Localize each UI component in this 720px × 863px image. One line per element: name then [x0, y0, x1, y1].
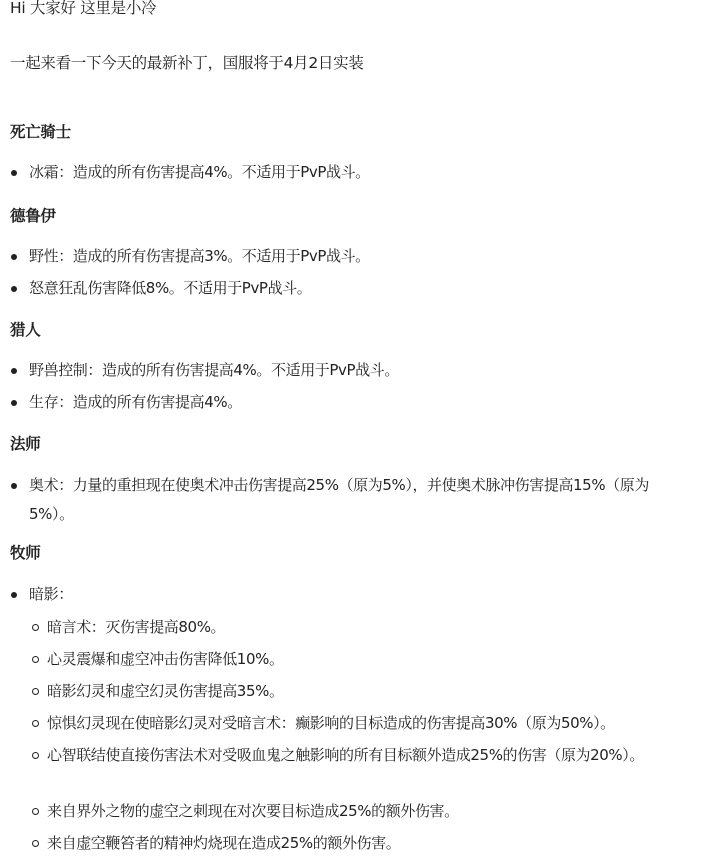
section-heading-death-knight: 死亡骑士 [10, 122, 71, 142]
sub-list-item: 暗言术：灭伤害提高80%。 [47, 613, 225, 642]
intro-subtitle: 一起来看一下今天的最新补丁，国服将于4月2日实装 [10, 53, 364, 73]
list-item: 冰霜：造成的所有伤害提高4%。不适用于PvP战斗。 [29, 158, 370, 187]
section-heading-priest: 牧师 [10, 543, 40, 563]
sub-list-item: 心灵震爆和虚空冲击伤害降低10%。 [47, 645, 284, 674]
list-item: 暗影： [29, 580, 73, 609]
list-item: 生存：造成的所有伤害提高4%。 [29, 388, 242, 417]
section-heading-mage: 法师 [10, 434, 40, 454]
list-item: 野兽控制：造成的所有伤害提高4%。不适用于PvP战斗。 [29, 356, 399, 385]
sub-list-item: 心智联结使直接伤害法术对受吸血鬼之触影响的所有目标额外造成25%的伤害（原为20… [47, 741, 657, 770]
list-item: 怒意狂乱伤害降低8%。不适用于PvP战斗。 [29, 274, 311, 303]
sub-list-item: 惊惧幻灵现在使暗影幻灵对受暗言术：癫影响的目标造成的伤害提高30%（原为50%）… [47, 709, 615, 738]
sub-list-item: 来自界外之物的虚空之刺现在对次要目标造成25%的额外伤害。 [47, 797, 459, 826]
greeting-text: Hi 大家好 这里是小冷 [10, 0, 156, 18]
list-item: 野性：造成的所有伤害提高3%。不适用于PvP战斗。 [29, 242, 370, 271]
list-item: 奥术：力量的重担现在使奥术冲击伤害提高25%（原为5%），并使奥术脉冲伤害提高1… [29, 471, 679, 529]
section-heading-druid: 德鲁伊 [10, 206, 56, 226]
sub-list-item: 来自虚空鞭笞者的精神灼烧现在造成25%的额外伤害。 [47, 829, 400, 858]
section-heading-hunter: 猎人 [10, 320, 40, 340]
sub-list-item: 暗影幻灵和虚空幻灵伤害提高35%。 [47, 677, 284, 706]
